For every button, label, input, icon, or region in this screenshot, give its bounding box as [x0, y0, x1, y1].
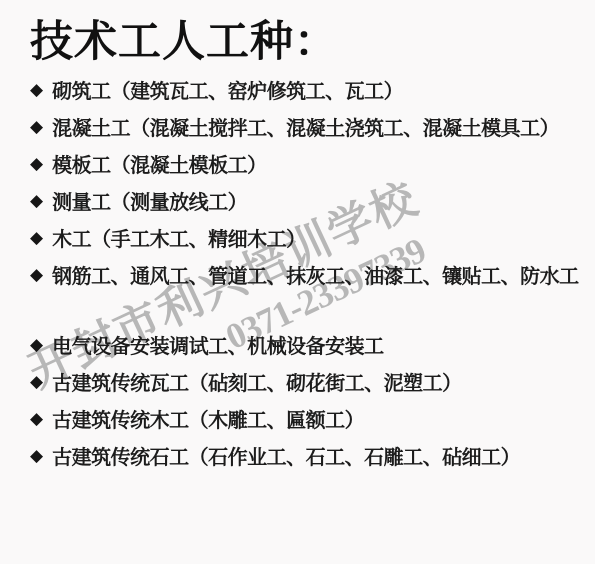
- trade-list-item: ◆ 混凝土工（混凝土搅拌工、混凝土浇筑工、混凝土模具工）: [30, 108, 579, 145]
- diamond-bullet-icon: ◆: [30, 336, 43, 353]
- trade-text: 砌筑工（建筑瓦工、窑炉修筑工、瓦工）: [52, 75, 403, 104]
- trade-text: 古建筑传统瓦工（砧刻工、砌花街工、泥塑工）: [52, 367, 462, 396]
- trade-list-item: ◆ 钢筋工、通风工、管道工、抹灰工、油漆工、镶贴工、防水工: [30, 256, 579, 293]
- trade-list-item: ◆ 砌筑工（建筑瓦工、窑炉修筑工、瓦工）: [30, 71, 579, 108]
- trade-text: 模板工（混凝土模板工）: [52, 149, 267, 178]
- page-title: 技术工人工种：: [30, 8, 338, 69]
- diamond-bullet-icon: ◆: [30, 118, 43, 135]
- trade-text: 电气设备安装调试工、机械设备安装工: [52, 330, 384, 359]
- flyer-content: 技术工人工种： ◆ 砌筑工（建筑瓦工、窑炉修筑工、瓦工） ◆ 混凝土工（混凝土搅…: [0, 0, 595, 564]
- diamond-bullet-icon: ◆: [30, 410, 43, 427]
- diamond-bullet-icon: ◆: [30, 155, 43, 172]
- diamond-bullet-icon: ◆: [30, 81, 43, 98]
- diamond-bullet-icon: ◆: [30, 192, 43, 209]
- trade-text: 古建筑传统木工（木雕工、匾额工）: [52, 404, 364, 433]
- trade-list-flyer: 开封市利兴培训学校 0371-23397339 技术工人工种： ◆ 砌筑工（建筑…: [0, 0, 595, 564]
- trade-list-item: ◆ 电气设备安装调试工、机械设备安装工: [30, 326, 579, 363]
- trade-list-item: ◆ 木工（手工木工、精细木工）: [30, 219, 579, 256]
- trade-list: ◆ 砌筑工（建筑瓦工、窑炉修筑工、瓦工） ◆ 混凝土工（混凝土搅拌工、混凝土浇筑…: [30, 71, 579, 474]
- trade-list-item: ◆ 古建筑传统木工（木雕工、匾额工）: [30, 400, 579, 437]
- trade-text: 钢筋工、通风工、管道工、抹灰工、油漆工、镶贴工、防水工: [52, 260, 579, 289]
- trade-list-item: ◆ 古建筑传统瓦工（砧刻工、砌花街工、泥塑工）: [30, 363, 579, 400]
- trade-list-item: ◆ 模板工（混凝土模板工）: [30, 145, 579, 182]
- trade-list-item: ◆ 测量工（测量放线工）: [30, 182, 579, 219]
- trade-list-item: ◆ 古建筑传统石工（石作业工、石工、石雕工、砧细工）: [30, 437, 579, 474]
- diamond-bullet-icon: ◆: [30, 229, 43, 246]
- trade-text: 古建筑传统石工（石作业工、石工、石雕工、砧细工）: [52, 441, 520, 470]
- diamond-bullet-icon: ◆: [30, 373, 43, 390]
- trade-text: 木工（手工木工、精细木工）: [52, 223, 306, 252]
- trade-text: 混凝土工（混凝土搅拌工、混凝土浇筑工、混凝土模具工）: [52, 112, 559, 141]
- diamond-bullet-icon: ◆: [30, 447, 43, 464]
- diamond-bullet-icon: ◆: [30, 266, 43, 283]
- trade-text: 测量工（测量放线工）: [52, 186, 247, 215]
